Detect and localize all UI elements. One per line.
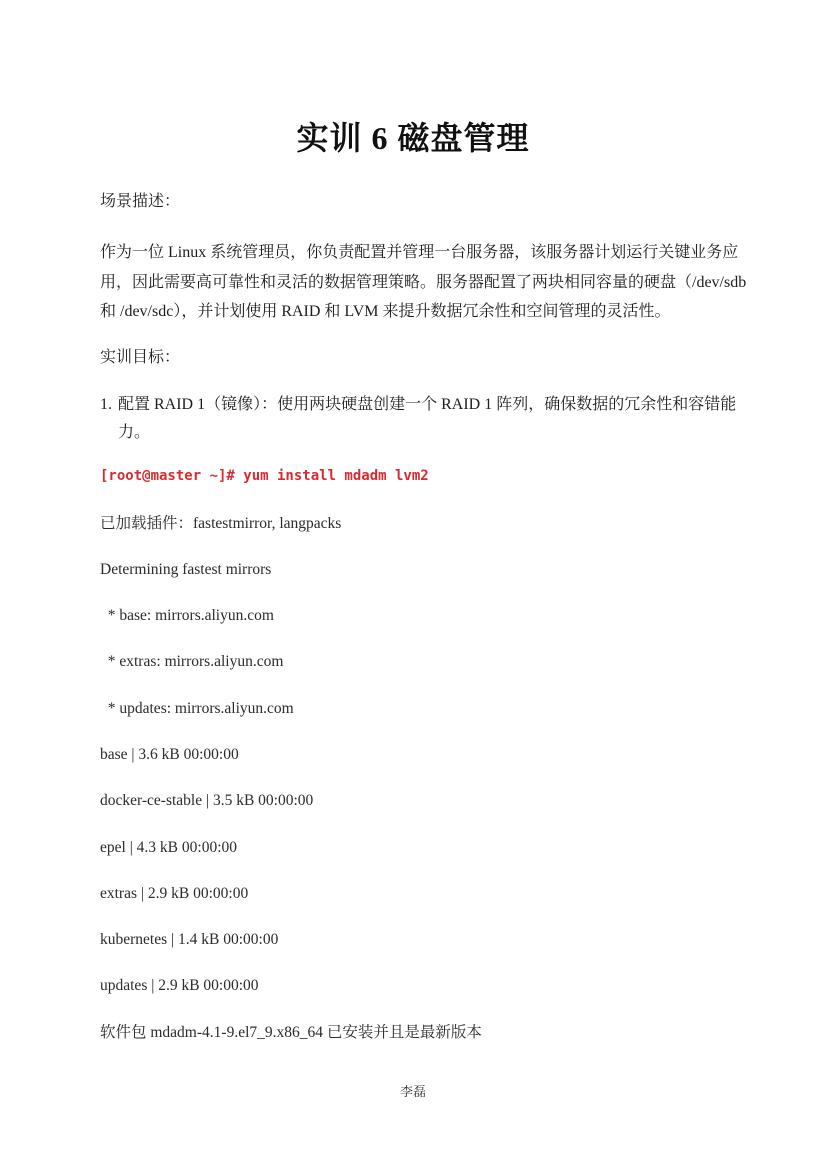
objective-item-line: 1.配置 RAID 1（镜像）：使用两块硬盘创建一个 RAID 1 阵列，确保数… <box>100 391 726 419</box>
scenario-paragraph: 作为一位 Linux 系统管理员，你负责配置并管理一台服务器，该服务器计划运行关… <box>100 238 726 327</box>
console-output-line: kubernetes | 1.4 kB 00:00:00 <box>100 930 726 950</box>
scenario-heading: 场景描述： <box>100 191 726 213</box>
scenario-line: 用，因此需要高可靠性和灵活的数据管理策略。服务器配置了两块相同容量的硬盘（/de… <box>100 268 726 298</box>
objectives-heading: 实训目标： <box>100 347 726 369</box>
console-output-line: * base: mirrors.aliyun.com <box>100 606 726 626</box>
terminal-output: 已加载插件：fastestmirror, langpacks Determini… <box>100 514 726 1043</box>
scenario-line: 作为一位 Linux 系统管理员，你负责配置并管理一台服务器，该服务器计划运行关… <box>100 238 726 268</box>
console-output-line: 已加载插件：fastestmirror, langpacks <box>100 514 726 534</box>
console-output-line: docker-ce-stable | 3.5 kB 00:00:00 <box>100 791 726 811</box>
page-title: 实训 6 磁盘管理 <box>100 117 726 159</box>
document-page: 实训 6 磁盘管理 场景描述： 作为一位 Linux 系统管理员，你负责配置并管… <box>0 0 826 1169</box>
terminal-command: [root@master ~]# yum install mdadm lvm2 <box>100 465 726 487</box>
list-number: 1. <box>100 391 118 419</box>
console-output-line: * extras: mirrors.aliyun.com <box>100 652 726 672</box>
console-output-line: * updates: mirrors.aliyun.com <box>100 699 726 719</box>
console-output-line: 软件包 mdadm-4.1-9.el7_9.x86_64 已安装并且是最新版本 <box>100 1023 726 1043</box>
objective-item-line: 力。 <box>100 419 726 447</box>
footer-author: 李磊 <box>0 1084 826 1100</box>
console-output-line: epel | 4.3 kB 00:00:00 <box>100 838 726 858</box>
console-output-line: Determining fastest mirrors <box>100 560 726 580</box>
objective-text: 配置 RAID 1（镜像）：使用两块硬盘创建一个 RAID 1 阵列，确保数据的… <box>118 396 736 413</box>
console-output-line: extras | 2.9 kB 00:00:00 <box>100 884 726 904</box>
scenario-line: 和 /dev/sdc），并计划使用 RAID 和 LVM 来提升数据冗余性和空间… <box>100 297 726 327</box>
console-output-line: base | 3.6 kB 00:00:00 <box>100 745 726 765</box>
console-output-line: updates | 2.9 kB 00:00:00 <box>100 976 726 996</box>
objective-item-1: 1.配置 RAID 1（镜像）：使用两块硬盘创建一个 RAID 1 阵列，确保数… <box>100 391 726 447</box>
document-content: 实训 6 磁盘管理 场景描述： 作为一位 Linux 系统管理员，你负责配置并管… <box>100 0 726 1069</box>
